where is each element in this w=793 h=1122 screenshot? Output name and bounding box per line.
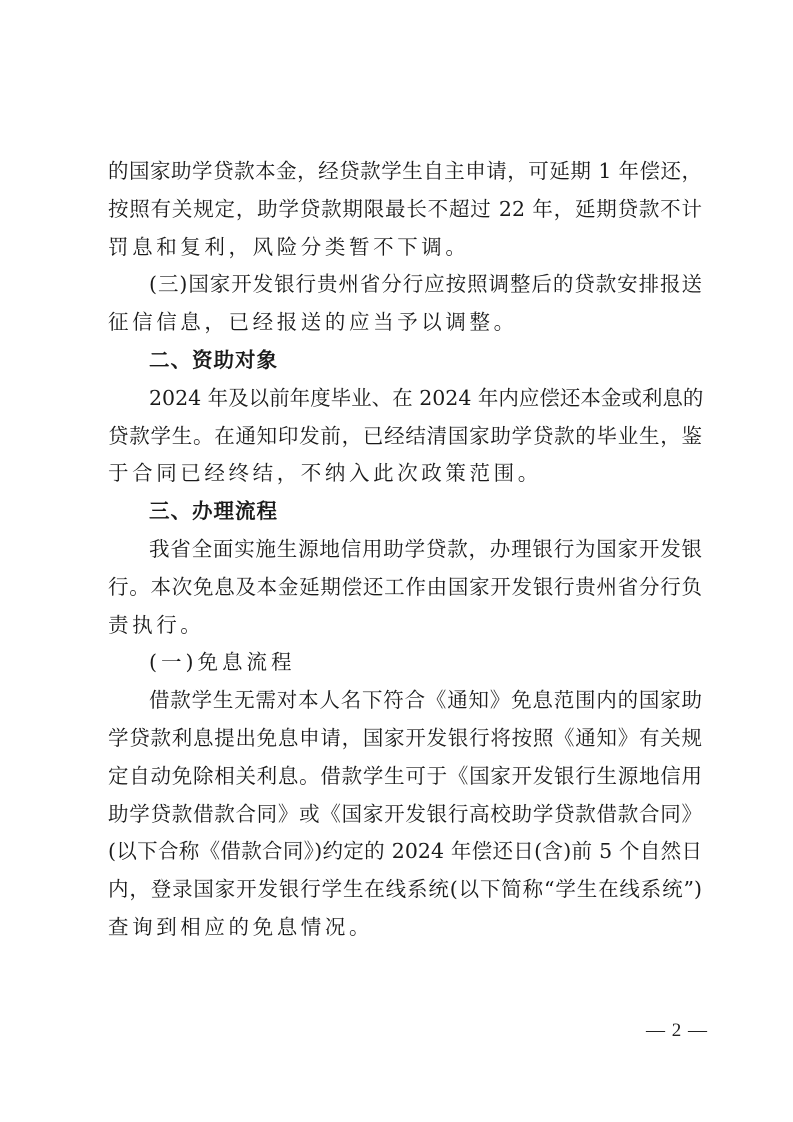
paragraph-procedure: 我省全面实施生源地信用助学贷款，办理银行为国家开发银 行。本次免息及本金延期偿还… <box>108 531 702 644</box>
text-line: 内，登录国家开发银行学生在线系统(以下简称“学生在线系统”) <box>108 871 702 909</box>
text-line: 助学贷款借款合同》或《国家开发银行高校助学贷款借款合同》 <box>108 796 702 834</box>
text-line: (三)国家开发银行贵州省分行应按照调整后的贷款安排报送 <box>108 266 702 304</box>
text-line: 学贷款利息提出免息申请，国家开发银行将按照《通知》有关规 <box>108 720 702 758</box>
text-line: 的国家助学贷款本金，经贷款学生自主申请，可延期 1 年偿还， <box>108 153 702 191</box>
text-line: 定自动免除相关利息。借款学生可于《国家开发银行生源地信用 <box>108 758 702 796</box>
document-page: 的国家助学贷款本金，经贷款学生自主申请，可延期 1 年偿还， 按照有关规定，助学… <box>108 153 702 947</box>
text-line: 借款学生无需对本人名下符合《通知》免息范围内的国家助 <box>108 682 702 720</box>
section-heading-procedure: 三、办理流程 <box>108 493 702 531</box>
text-line: 我省全面实施生源地信用助学贷款，办理银行为国家开发银 <box>108 531 702 569</box>
section-heading-recipients: 二、资助对象 <box>108 342 702 380</box>
text-line: 查询到相应的免息情况。 <box>108 909 702 947</box>
paragraph-interest-exemption: 借款学生无需对本人名下符合《通知》免息范围内的国家助 学贷款利息提出免息申请，国… <box>108 682 702 947</box>
text-line: 责执行。 <box>108 607 702 645</box>
text-line: (以下合称《借款合同》)约定的 2024 年偿还日(含)前 5 个自然日 <box>108 833 702 871</box>
text-line: 2024 年及以前年度毕业、在 2024 年内应偿还本金或利息的 <box>108 380 702 418</box>
page-number: — 2 — <box>646 1020 708 1042</box>
text-line: 行。本次免息及本金延期偿还工作由国家开发银行贵州省分行负 <box>108 569 702 607</box>
text-line: 按照有关规定，助学贷款期限最长不超过 22 年，延期贷款不计 <box>108 191 702 229</box>
text-line: 征信信息，已经报送的应当予以调整。 <box>108 304 702 342</box>
text-line: 于合同已经终结，不纳入此次政策范围。 <box>108 455 702 493</box>
subsection-heading-interest-exemption: (一)免息流程 <box>108 644 702 682</box>
text-line: 罚息和复利，风险分类暂不下调。 <box>108 229 702 267</box>
paragraph-recipients: 2024 年及以前年度毕业、在 2024 年内应偿还本金或利息的 贷款学生。在通… <box>108 380 702 493</box>
paragraph-credit-info: (三)国家开发银行贵州省分行应按照调整后的贷款安排报送 征信信息，已经报送的应当… <box>108 266 702 342</box>
text-line: 贷款学生。在通知印发前，已经结清国家助学贷款的毕业生，鉴 <box>108 418 702 456</box>
paragraph-continuation: 的国家助学贷款本金，经贷款学生自主申请，可延期 1 年偿还， 按照有关规定，助学… <box>108 153 702 266</box>
